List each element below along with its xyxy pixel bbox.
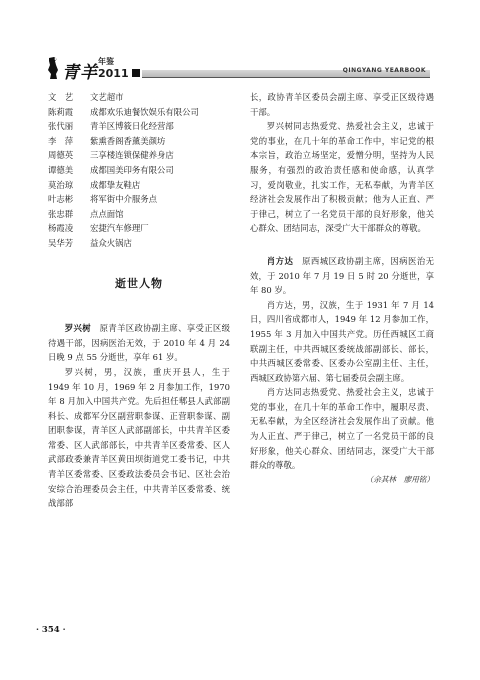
section-title: 逝世人物 xyxy=(48,277,230,292)
roster-org: 青羊区博筱日化经营部 xyxy=(90,119,230,134)
roster-org: 成都欢乐迪餐饮娱乐有限公司 xyxy=(90,105,230,120)
right-column: 长，政协青羊区委员会副主席、享受正区级待遇干部。 罗兴树同志热爱党、热爱社会主义… xyxy=(250,90,434,487)
logo-yearbook-label: 年鉴 xyxy=(98,56,114,67)
logo-year: 2011 xyxy=(98,67,129,80)
roster-name: 周德英 xyxy=(48,148,90,163)
page-header: 青羊 年鉴 2011 QINGYANG YEARBOOK xyxy=(46,56,430,82)
roster-org: 点点面馆 xyxy=(90,207,230,222)
roster-row: 李 萍紫熏香阁香薰美颜坊 xyxy=(48,134,230,149)
roster-name: 莫治琼 xyxy=(48,178,90,193)
roster-row: 张代丽青羊区博筱日化经营部 xyxy=(48,119,230,134)
roster-org: 益众火锅店 xyxy=(90,236,230,251)
roster-name: 李 萍 xyxy=(48,134,90,149)
roster-row: 莫治琼成都挚友鞋店 xyxy=(48,178,230,193)
roster-org: 将军街中介服务点 xyxy=(90,192,230,207)
roster-name: 张代丽 xyxy=(48,119,90,134)
roster-org: 文艺超市 xyxy=(90,90,230,105)
roster-name: 杨霞凌 xyxy=(48,221,90,236)
obituary-name: 肖方达 xyxy=(267,256,293,266)
obituary-bio: 罗兴树，男，汉族，重庆开县人，生于 1949 年 10 月，1969 年 2 月… xyxy=(48,365,230,511)
obituary-lead: 肖方达 原西城区政协副主席，因病医治无效，于 2010 年 7 月 19 日 5… xyxy=(250,254,434,298)
roster-list: 文 艺文艺超市 陈莉霞成都欢乐迪餐饮娱乐有限公司 张代丽青羊区博筱日化经营部 李… xyxy=(48,90,230,251)
roster-name: 张忠群 xyxy=(48,207,90,222)
roster-row: 陈莉霞成都欢乐迪餐饮娱乐有限公司 xyxy=(48,105,230,120)
author-signature: （余其林 廖用铭） xyxy=(250,473,434,488)
roster-org: 紫熏香阁香薰美颜坊 xyxy=(90,134,230,149)
roster-row: 吴华芳益众火锅店 xyxy=(48,236,230,251)
goat-figure-icon xyxy=(46,56,60,80)
roster-row: 张忠群点点面馆 xyxy=(48,207,230,222)
obituary-bio: 肖方达，男，汉族，生于 1931 年 7 月 14 日，四川省成都市人，1949… xyxy=(250,298,434,386)
roster-name: 叶志彬 xyxy=(48,192,90,207)
roster-org: 成都挚友鞋店 xyxy=(90,178,230,193)
header-square xyxy=(132,69,140,77)
logo-text: 青羊 xyxy=(62,58,98,83)
roster-name: 谭德美 xyxy=(48,163,90,178)
obituary-tribute: 罗兴树同志热爱党、热爱社会主义，忠诚于党的事业，在几十年的革命工作中，牢记党的根… xyxy=(250,119,434,236)
page-number: · 354 · xyxy=(36,625,66,635)
roster-org: 成都国美印务有限公司 xyxy=(90,163,230,178)
roster-name: 吴华芳 xyxy=(48,236,90,251)
roster-org: 三享楼连锁保健养身店 xyxy=(90,148,230,163)
roster-row: 文 艺文艺超市 xyxy=(48,90,230,105)
roster-name: 陈莉霞 xyxy=(48,105,90,120)
obituary-tribute: 肖方达同志热爱党、热爱社会主义，忠诚于党的事业，在几十年的革命工作中，履职尽责、… xyxy=(250,385,434,473)
obituary-lead: 罗兴树 原青羊区政协副主席、享受正区级待遇干部，因病医治无效，于 2010 年 … xyxy=(48,321,230,365)
roster-row: 谭德美成都国美印务有限公司 xyxy=(48,163,230,178)
roster-row: 周德英三享楼连锁保健养身店 xyxy=(48,148,230,163)
left-column: 文 艺文艺超市 陈莉霞成都欢乐迪餐饮娱乐有限公司 张代丽青羊区博筱日化经营部 李… xyxy=(48,90,230,511)
roster-org: 宏捷汽车修理厂 xyxy=(90,221,230,236)
obituary-name: 罗兴树 xyxy=(65,323,91,333)
header-english-title: QINGYANG YEARBOOK xyxy=(343,67,426,74)
obituary-bio-continued: 长，政协青羊区委员会副主席、享受正区级待遇干部。 xyxy=(250,90,434,119)
roster-row: 叶志彬将军街中介服务点 xyxy=(48,192,230,207)
roster-row: 杨霞凌宏捷汽车修理厂 xyxy=(48,221,230,236)
roster-name: 文 艺 xyxy=(48,90,90,105)
